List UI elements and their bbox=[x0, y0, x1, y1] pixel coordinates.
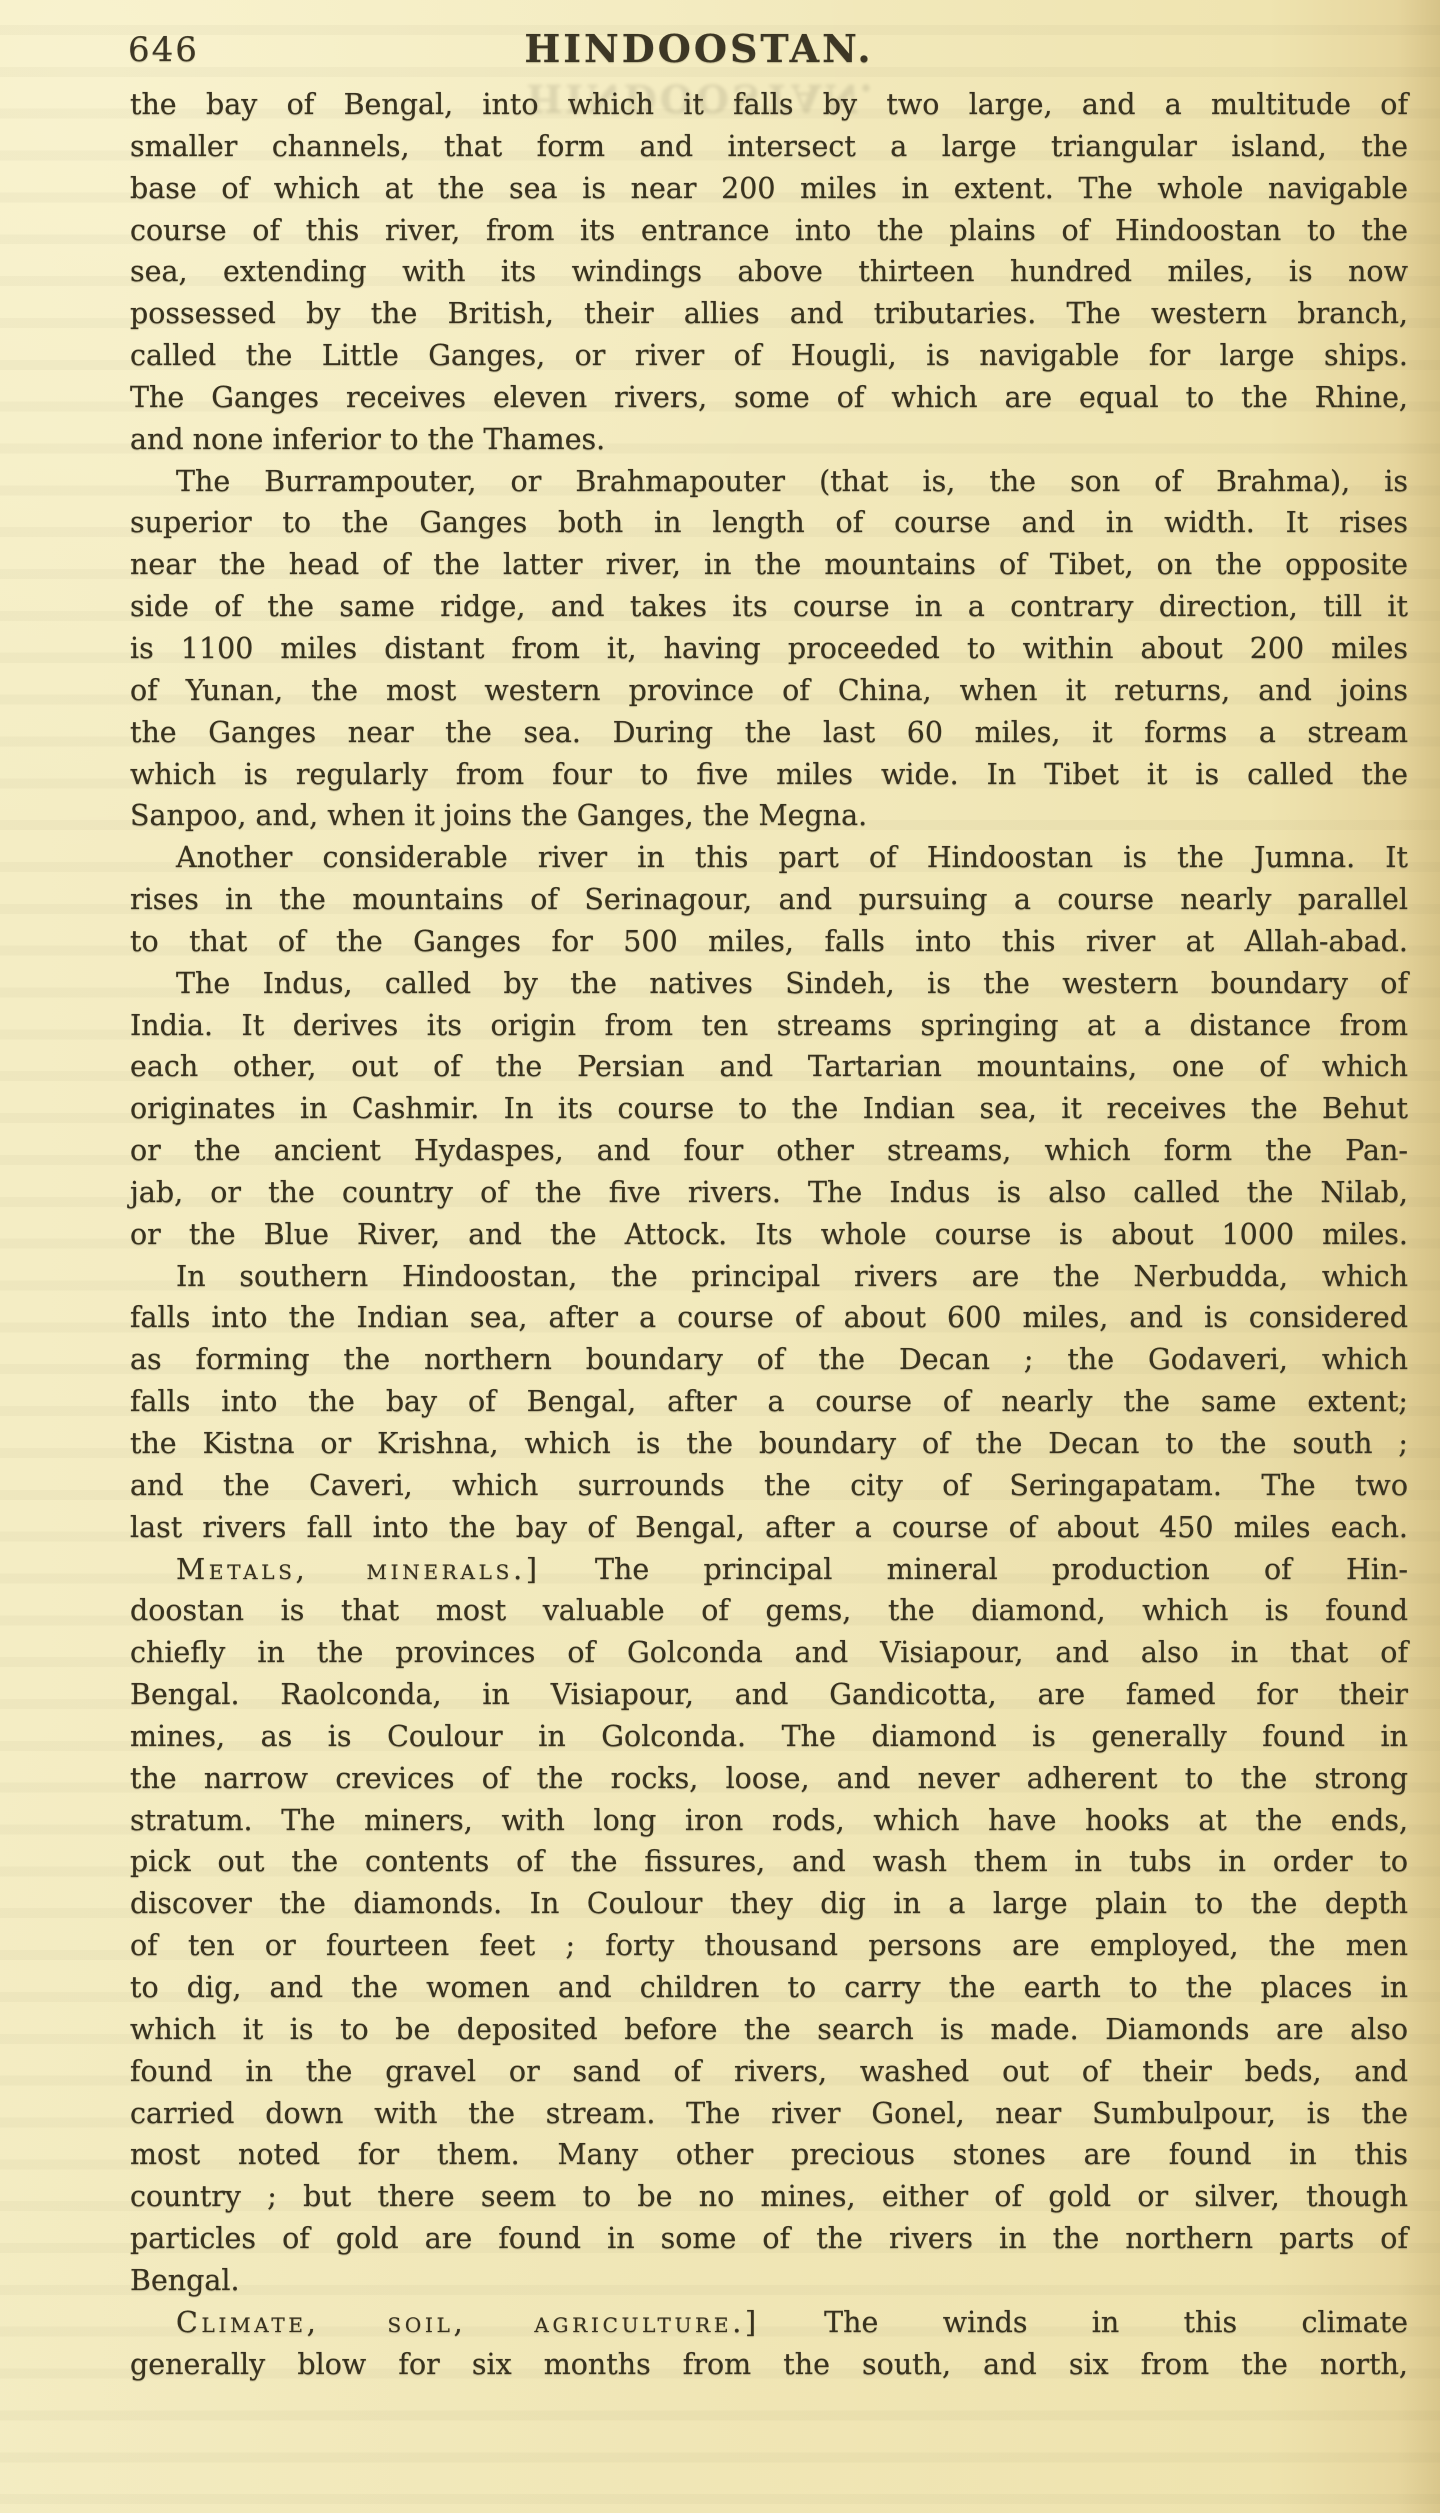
text-line: In southern Hindoostan, the principal ri… bbox=[130, 1256, 1408, 1298]
paragraph: Another considerable river in this part … bbox=[130, 837, 1408, 963]
paragraph: Climate, soil, agriculture.] The winds i… bbox=[130, 2302, 1408, 2386]
text-line: India. It derives its origin from ten st… bbox=[130, 1005, 1408, 1047]
text-line: called the Little Ganges, or river of Ho… bbox=[130, 335, 1408, 377]
text-line: the Ganges near the sea. During the last… bbox=[130, 712, 1408, 754]
text-line: to dig, and the women and children to ca… bbox=[130, 1967, 1408, 2009]
text-line: The Indus, called by the natives Sindeh,… bbox=[130, 963, 1408, 1005]
section-lead-smallcaps: Metals, minerals.] bbox=[176, 1553, 541, 1586]
text-line: generally blow for six months from the s… bbox=[130, 2344, 1408, 2386]
text-line: of ten or fourteen feet ; forty thousand… bbox=[130, 1925, 1408, 1967]
text-line: and none inferior to the Thames. bbox=[130, 419, 1408, 461]
paragraph: The Burrampouter, or Brahmapouter (that … bbox=[130, 461, 1408, 838]
text-line: base of which at the sea is near 200 mil… bbox=[130, 168, 1408, 210]
text-line: side of the same ridge, and takes its co… bbox=[130, 586, 1408, 628]
paragraph: Metals, minerals.] The principal mineral… bbox=[130, 1549, 1408, 2302]
text-line: is 1100 miles distant from it, having pr… bbox=[130, 628, 1408, 670]
text-line: stratum. The miners, with long iron rods… bbox=[130, 1800, 1408, 1842]
text-line: rises in the mountains of Serinagour, an… bbox=[130, 879, 1408, 921]
text-line: pick out the contents of the fissures, a… bbox=[130, 1841, 1408, 1883]
text-line: of Yunan, the most western province of C… bbox=[130, 670, 1408, 712]
text-line: jab, or the country of the five rivers. … bbox=[130, 1172, 1408, 1214]
section-lead-smallcaps: Climate, soil, agriculture.] bbox=[176, 2306, 760, 2339]
text-line: Sanpoo, and, when it joins the Ganges, t… bbox=[130, 795, 1408, 837]
book-page: 646 HINDOOSTAN. HINDOOSTAN. the bay of B… bbox=[0, 0, 1440, 2513]
text-line: The Burrampouter, or Brahmapouter (that … bbox=[130, 461, 1408, 503]
text-line: superior to the Ganges both in length of… bbox=[130, 502, 1408, 544]
text-line: or the Blue River, and the Attock. Its w… bbox=[130, 1214, 1408, 1256]
paragraph: In southern Hindoostan, the principal ri… bbox=[130, 1256, 1408, 1549]
text-line: which is regularly from four to five mil… bbox=[130, 754, 1408, 796]
text-line: doostan is that most valuable of gems, t… bbox=[130, 1590, 1408, 1632]
page-header: 646 HINDOOSTAN. HINDOOSTAN. bbox=[128, 26, 1406, 88]
text-line: or the ancient Hydaspes, and four other … bbox=[130, 1130, 1408, 1172]
text-line: which it is to be deposited before the s… bbox=[130, 2009, 1408, 2051]
text-line: particles of gold are found in some of t… bbox=[130, 2218, 1408, 2260]
text-line: The Ganges receives eleven rivers, some … bbox=[130, 377, 1408, 419]
text-line: course of this river, from its entrance … bbox=[130, 210, 1408, 252]
text-line: to that of the Ganges for 500 miles, fal… bbox=[130, 921, 1408, 963]
text-line: sea, extending with its windings above t… bbox=[130, 251, 1408, 293]
page-number: 646 bbox=[128, 30, 199, 70]
paragraph: The Indus, called by the natives Sindeh,… bbox=[130, 963, 1408, 1256]
text-line: found in the gravel or sand of rivers, w… bbox=[130, 2051, 1408, 2093]
text-line: originates in Cashmir. In its course to … bbox=[130, 1088, 1408, 1130]
text-line: discover the diamonds. In Coulour they d… bbox=[130, 1883, 1408, 1925]
text-line: most noted for them. Many other precious… bbox=[130, 2134, 1408, 2176]
text-line: falls into the Indian sea, after a cours… bbox=[130, 1297, 1408, 1339]
page-title: HINDOOSTAN. bbox=[524, 26, 873, 71]
text-line: near the head of the latter river, in th… bbox=[130, 544, 1408, 586]
text-line: Bengal. Raolconda, in Visiapour, and Gan… bbox=[130, 1674, 1408, 1716]
text-line: the bay of Bengal, into which it falls b… bbox=[130, 84, 1408, 126]
text-line: as forming the northern boundary of the … bbox=[130, 1339, 1408, 1381]
text-line: carried down with the stream. The river … bbox=[130, 2093, 1408, 2135]
text-line: last rivers fall into the bay of Bengal,… bbox=[130, 1507, 1408, 1549]
text-line: possessed by the British, their allies a… bbox=[130, 293, 1408, 335]
text-line: the narrow crevices of the rocks, loose,… bbox=[130, 1758, 1408, 1800]
text-line: Bengal. bbox=[130, 2260, 1408, 2302]
text-line: each other, out of the Persian and Tarta… bbox=[130, 1046, 1408, 1088]
text-line: Metals, minerals.] The principal mineral… bbox=[130, 1549, 1408, 1591]
text-line: Climate, soil, agriculture.] The winds i… bbox=[130, 2302, 1408, 2344]
text-line: falls into the bay of Bengal, after a co… bbox=[130, 1381, 1408, 1423]
text-line: chiefly in the provinces of Golconda and… bbox=[130, 1632, 1408, 1674]
text-line: and the Caveri, which surrounds the city… bbox=[130, 1465, 1408, 1507]
text-line: mines, as is Coulour in Golconda. The di… bbox=[130, 1716, 1408, 1758]
text-line: country ; but there seem to be no mines,… bbox=[130, 2176, 1408, 2218]
text-line: the Kistna or Krishna, which is the boun… bbox=[130, 1423, 1408, 1465]
text-line: smaller channels, that form and intersec… bbox=[130, 126, 1408, 168]
paragraph: the bay of Bengal, into which it falls b… bbox=[130, 84, 1408, 461]
page-body: the bay of Bengal, into which it falls b… bbox=[130, 84, 1408, 2385]
text-line: Another considerable river in this part … bbox=[130, 837, 1408, 879]
